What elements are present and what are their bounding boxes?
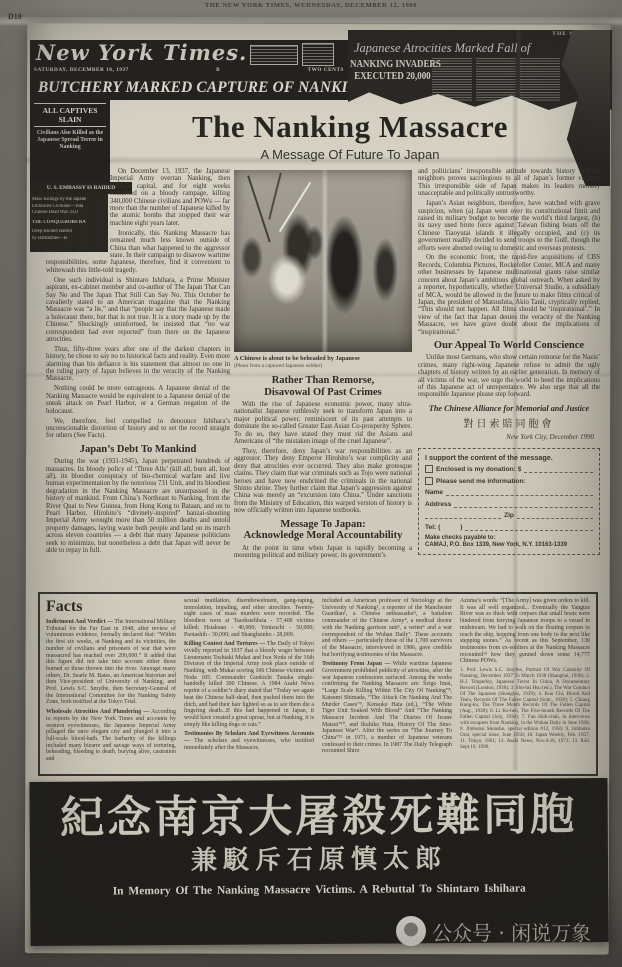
paragraph: Thus, fifty-three years after one of the…: [46, 346, 230, 383]
coupon-payable: Make checks payable to: CAMAJ, P.O. Box …: [425, 535, 593, 550]
facts-section: Testimonies By Scholars And Eyewitness A…: [184, 731, 314, 751]
signature-place: New York City, December 1990: [418, 433, 594, 441]
running-head: THE NEW YORK TIMES, WEDNESDAY, DECEMBER …: [0, 2, 622, 9]
coupon-row-info: Please send me information:: [425, 477, 593, 485]
write-in-line: [446, 488, 593, 496]
facts-box: Facts Indictment And Verdict — The Inter…: [38, 592, 598, 776]
dateline: SATURDAY, DECEMBER 18, 1937 B TWO CENTS: [34, 67, 344, 73]
banner-english-caption: In Memory Of The Nanking Massacre Victim…: [30, 882, 608, 898]
watermark-text: 公众号 · 闲说万象: [432, 917, 591, 946]
write-in-line: [465, 523, 593, 531]
photo-credit: (Photo from a captured Japanese soldier): [234, 363, 412, 370]
write-in-line: [524, 465, 593, 473]
watermark: 公众号 · 闲说万象: [396, 916, 591, 946]
paragraph: We, therefore, feel compelled to denounc…: [46, 418, 230, 440]
signature-cn: 對日索賠同胞會: [418, 415, 600, 430]
article-column-left: On December 13, 1937, the Japanese Imper…: [46, 168, 230, 557]
dateline-edition: B: [216, 67, 220, 73]
raised-sword: [279, 182, 311, 232]
facts-section: Testimony From Japan — While wartime Jap…: [322, 661, 452, 755]
coupon-row-tel: Tel: ( ): [425, 523, 593, 531]
facts-column: sexual mutilation, disembowelment, gang-…: [184, 598, 314, 770]
paragraph: At the point in time when Japan is rapid…: [234, 545, 412, 560]
coupon-title: I support the content of the message.: [425, 453, 593, 462]
banner-chinese-line1: 紀念南京大屠殺死難同胞: [30, 791, 608, 843]
masthead-title: New York Times.: [36, 40, 247, 65]
facts-section: Killing Contest And Tortures — The Daily…: [184, 641, 314, 728]
facts-title: Facts: [46, 598, 176, 616]
coupon-row-donation: Enclosed is my donation: $: [425, 465, 593, 473]
paragraph: and politicians’ irresponsible attitude …: [418, 168, 600, 198]
invaders-headline: NANKING INVADERS EXECUTED 20,000: [350, 59, 418, 83]
write-in-line: [425, 511, 501, 519]
coupon-row-address: Address: [425, 500, 593, 508]
facts-column: Azuma’s words: “[The Army] was given ord…: [460, 598, 590, 770]
banner-chinese-line2: 兼駁斥石原慎太郎: [30, 843, 608, 877]
facts-section: Indictment And Verdict — The Internation…: [46, 619, 176, 706]
paragraph: Unlike most Germans, who show certain re…: [418, 354, 600, 398]
section-heading: Our Appeal To World Conscience: [418, 340, 600, 352]
classified-ad-box: [302, 43, 334, 66]
facts-section: Wholesale Atrocities And Plundering — Ac…: [46, 709, 176, 763]
clipping-wrap-spacer: [46, 168, 110, 252]
checkbox-icon: [425, 465, 433, 473]
ad-title: The Nanking Massacre: [130, 110, 570, 143]
coupon-row-name: Name: [425, 488, 593, 496]
newsprint-noise-column: [476, 58, 516, 102]
section-heading: Message To Japan: Acknowledge Moral Acco…: [234, 519, 412, 542]
paragraph: On the economic front, the rapid-fire ac…: [418, 254, 600, 335]
section-heading: Japan’s Debt To Mankind: [46, 444, 230, 456]
article-column-middle: A Chinese is about to be beheaded by Jap…: [234, 355, 412, 562]
dateline-price: TWO CENTS: [308, 67, 344, 73]
masthead-clipping: New York Times. SATURDAY, DECEMBER 18, 1…: [30, 40, 348, 100]
dateline-day: SATURDAY, DECEMBER 18, 1937: [34, 67, 129, 73]
write-in-line: [454, 500, 593, 508]
facts-column: Facts Indictment And Verdict — The Inter…: [46, 598, 176, 770]
facts-section: sexual mutilation, disembowelment, gang-…: [184, 598, 314, 638]
paragraph: Nothing could be more outrageous. A Japa…: [46, 385, 230, 415]
paragraph: Japan’s Asian neighbors, therefore, have…: [418, 200, 600, 252]
coupon-row-zip: Zip: [425, 511, 593, 519]
facts-section: Azuma’s words: “[The Army] was given ord…: [460, 598, 590, 665]
write-in-line: [517, 511, 593, 519]
paragraph: They, therefore, deny Japan’s war respon…: [234, 448, 412, 515]
tree-branch: [247, 175, 270, 242]
execution-photo: [234, 170, 412, 352]
newsprint-noise-column: [520, 58, 560, 102]
signature-en: The Chinese Alliance for Memorial and Ju…: [418, 404, 600, 413]
article-column-right: and politicians’ irresponsible attitude …: [418, 168, 600, 555]
photo-caption: A Chinese is about to be beheaded by Jap…: [234, 355, 412, 363]
facts-footnotes: 1. Prof. Lewis S.C. Smythe, Portrait Of …: [460, 668, 590, 751]
ad-subtitle: A Message Of Future To Japan: [130, 147, 570, 162]
ad-title-block: The Nanking Massacre A Message Of Future…: [130, 110, 570, 162]
captives-headline: ALL CAPTIVES SLAIN: [34, 103, 106, 127]
checkbox-icon: [425, 477, 433, 485]
classified-ad-box: [250, 45, 298, 65]
atrocities-headline: Japanese Atrocities Marked Fall of: [354, 41, 530, 56]
tree-branch: [268, 173, 281, 220]
watermark-logo-icon: [396, 916, 426, 946]
paragraph: With the rise of Japanese economic power…: [234, 401, 412, 445]
facts-section: included an American professor of Sociol…: [322, 598, 452, 658]
section-heading: Rather Than Remorse, Disavowal Of Past C…: [234, 375, 412, 398]
paragraph: During the war (1931-1945), Japan perpet…: [46, 458, 230, 554]
butchery-headline: BUTCHERY MARKED CAPTURE OF NANKING: [38, 79, 334, 97]
captives-subhead: Civilians Also Killed as the Japanese Sp…: [30, 127, 110, 154]
newspaper-photo: THE NEW YORK TIMES, WEDNESDAY, DECEMBER …: [0, 0, 622, 967]
facts-column: included an American professor of Sociol…: [322, 598, 452, 770]
paragraph: One such individual is Shintaro Ishihara…: [46, 277, 230, 344]
page-number: D10: [8, 12, 22, 21]
donation-coupon: I support the content of the message. En…: [418, 448, 600, 555]
